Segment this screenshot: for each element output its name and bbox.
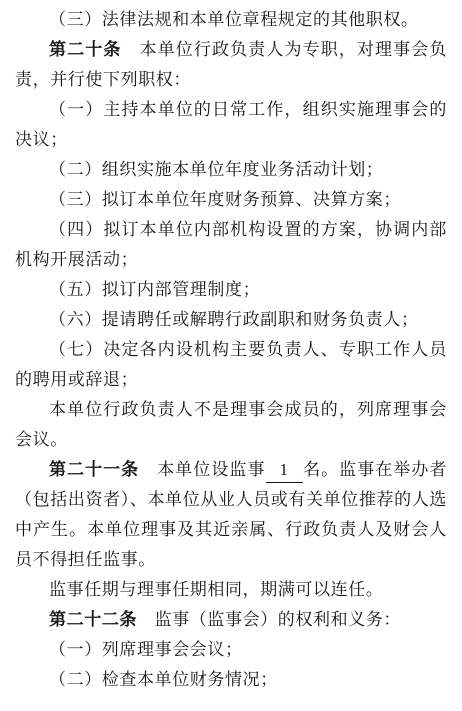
body-paragraph-10: 本单位行政负责人不是理事会成员的，列席理事会会议。: [15, 395, 447, 455]
text-segment: （三）拟订本单位年度财务预算、决算方案；: [49, 190, 401, 209]
text-segment: （七）决定各内设机构主要负责人、专职工作人员的聘用或辞退；: [15, 340, 447, 389]
clause-item-9: （七）决定各内设机构主要负责人、专职工作人员的聘用或辞退；: [15, 335, 447, 395]
clause-item-15: （二）检查本单位财务情况；: [15, 665, 447, 695]
text-segment: （二）检查本单位财务情况；: [49, 670, 278, 689]
article-number: 第二十条: [49, 40, 121, 59]
document-page: （三）法律法规和本单位章程规定的其他职权。第二十条 本单位行政负责人为专职，对理…: [0, 0, 462, 711]
document-body: （三）法律法规和本单位章程规定的其他职权。第二十条 本单位行政负责人为专职，对理…: [15, 5, 447, 695]
text-segment: （三）法律法规和本单位章程规定的其他职权。: [49, 10, 419, 29]
text-segment: （二）组织实施本单位年度业务活动计划；: [49, 160, 383, 179]
article-paragraph-2: 第二十条 本单位行政负责人为专职，对理事会负责，并行使下列职权：: [15, 35, 447, 95]
clause-item-7: （五）拟订内部管理制度；: [15, 275, 447, 305]
clause-item-1: （三）法律法规和本单位章程规定的其他职权。: [15, 5, 447, 35]
text-segment: 本单位行政负责人不是理事会成员的，列席理事会会议。: [15, 400, 447, 449]
text-segment: （五）拟订内部管理制度；: [49, 280, 260, 299]
text-segment: 本单位设监事: [139, 460, 265, 479]
clause-item-14: （一）列席理事会会议；: [15, 635, 447, 665]
body-paragraph-12: 监事任期与理事任期相同，期满可以连任。: [15, 575, 447, 605]
article-number: 第二十一条: [49, 460, 139, 479]
article-number: 第二十二条: [49, 610, 137, 629]
text-segment: 监事（监事会）的权利和义务：: [137, 610, 401, 629]
text-segment: （一）主持本单位的日常工作，组织实施理事会的决议；: [15, 100, 447, 149]
filled-blank-value: 1: [266, 458, 303, 483]
article-paragraph-11: 第二十一条 本单位设监事1名。监事在举办者（包括出资者）、本单位从业人员或有关单…: [15, 455, 447, 575]
text-segment: （一）列席理事会会议；: [49, 640, 243, 659]
clause-item-5: （三）拟订本单位年度财务预算、决算方案；: [15, 185, 447, 215]
clause-item-3: （一）主持本单位的日常工作，组织实施理事会的决议；: [15, 95, 447, 155]
clause-item-6: （四）拟订本单位内部机构设置的方案，协调内部机构开展活动；: [15, 215, 447, 275]
clause-item-8: （六）提请聘任或解聘行政副职和财务负责人；: [15, 305, 447, 335]
text-segment: （四）拟订本单位内部机构设置的方案，协调内部机构开展活动；: [15, 220, 447, 269]
clause-item-4: （二）组织实施本单位年度业务活动计划；: [15, 155, 447, 185]
article-paragraph-13: 第二十二条 监事（监事会）的权利和义务：: [15, 605, 447, 635]
text-segment: （六）提请聘任或解聘行政副职和财务负责人；: [49, 310, 419, 329]
text-segment: 监事任期与理事任期相同，期满可以连任。: [49, 580, 383, 599]
